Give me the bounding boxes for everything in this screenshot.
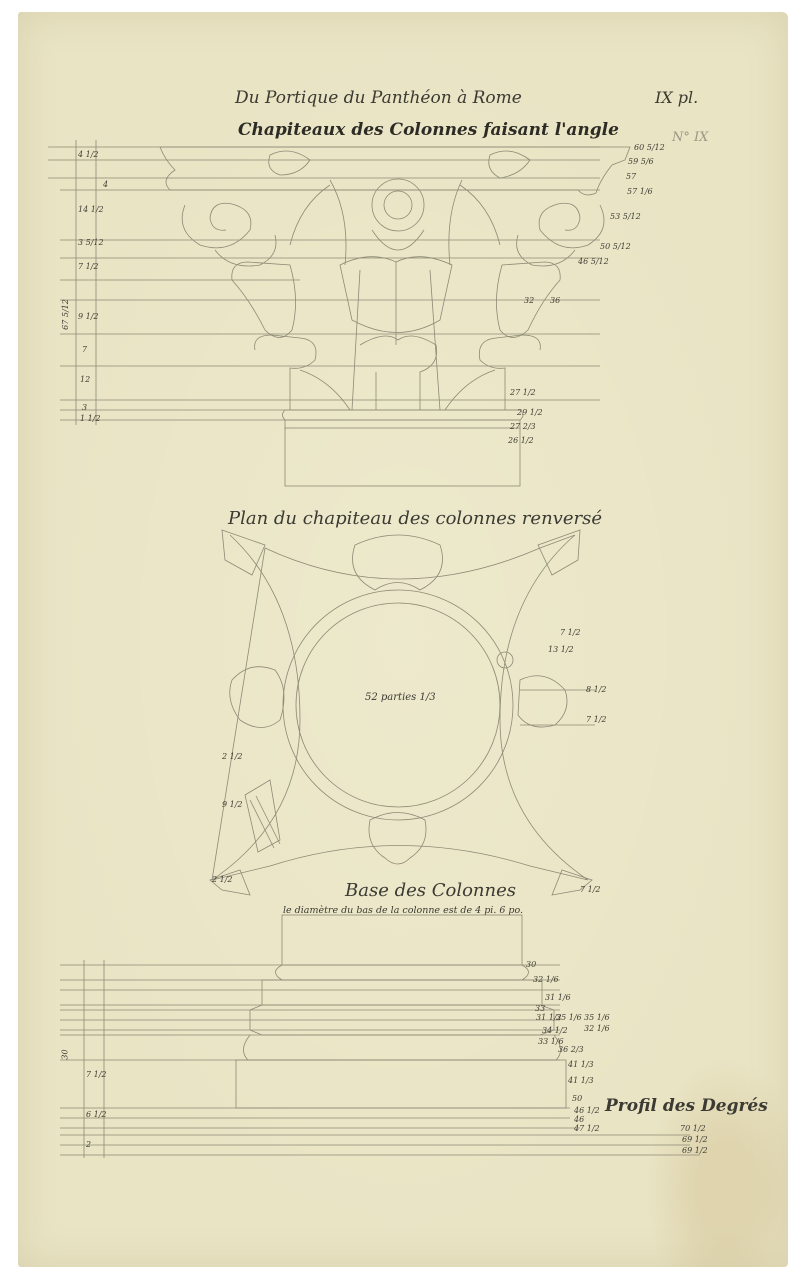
architectural-drawing [0, 0, 808, 1280]
dimension-label: 41 1/3 [568, 1060, 594, 1069]
dimension-label: 3 [82, 403, 87, 412]
dimension-label: 27 2/3 [510, 422, 536, 431]
sheet-heading: Du Portique du Panthéon à Rome [235, 88, 522, 108]
dimension-label: 13 1/2 [548, 645, 574, 654]
capital-title: Chapiteaux des Colonnes faisant l'angle [238, 120, 619, 140]
dimension-label: 32 1/6 [533, 975, 559, 984]
dimension-label: 34 1/2 [542, 1026, 568, 1035]
dimension-label: 30 [526, 960, 536, 969]
dimension-label: 4 1/2 [78, 150, 99, 159]
dimension-label: 57 [626, 172, 636, 181]
plan-title: Plan du chapiteau des colonnes renversé [228, 508, 602, 529]
plan-center-label: 52 parties 1/3 [365, 692, 436, 703]
dimension-label: 4 [103, 180, 108, 189]
dimension-label: 50 5/12 [600, 242, 631, 251]
dimension-label: 36 [550, 296, 560, 305]
dimension-label: 36 2/3 [558, 1045, 584, 1054]
dimension-label: 14 1/2 [78, 205, 104, 214]
dimension-label: 46 [574, 1115, 584, 1124]
dimension-label: 32 [524, 296, 534, 305]
dimension-label: 7 1/2 [580, 885, 601, 894]
dimension-label: 60 5/12 [634, 143, 665, 152]
dimension-label: 57 1/6 [627, 187, 653, 196]
dimension-label: 3 5/12 [78, 238, 104, 247]
dimension-label: 26 1/2 [508, 436, 534, 445]
dimension-label: 9 1/2 [222, 800, 243, 809]
dimension-label: 9 1/2 [78, 312, 99, 321]
dimension-label: 7 1/2 [78, 262, 99, 271]
dimension-label: 2 [86, 1140, 91, 1149]
plate-number: IX pl. [655, 88, 698, 107]
dimension-label: 69 1/2 [682, 1135, 708, 1144]
dimension-label: 27 1/2 [510, 388, 536, 397]
dimension-label: 7 1/2 [86, 1070, 107, 1079]
dimension-label: 32 1/6 [584, 1024, 610, 1033]
dimension-label: 50 [572, 1094, 582, 1103]
dimension-label: 2 1/2 [222, 752, 243, 761]
dimension-label: 41 1/3 [568, 1076, 594, 1085]
base-title: Base des Colonnes [345, 880, 516, 901]
dimension-label: 69 1/2 [682, 1146, 708, 1155]
dimension-label: 12 [80, 375, 90, 384]
dimension-label: 2 1/2 [212, 875, 233, 884]
dimension-label: 46 5/12 [578, 257, 609, 266]
dimension-label: 6 1/2 [86, 1110, 107, 1119]
dimension-label: 1 1/2 [80, 414, 101, 423]
dimension-label: 35 1/6 [556, 1013, 582, 1022]
dimension-label: 33 [535, 1004, 545, 1013]
dimension-label: 7 1/2 [560, 628, 581, 637]
total-height-label: 67 5/12 [61, 299, 70, 330]
dimension-label: 47 1/2 [574, 1124, 600, 1133]
dimension-label: 70 1/2 [680, 1124, 706, 1133]
dimension-label: 31 1/6 [545, 993, 571, 1002]
dimension-label: 59 5/6 [628, 157, 654, 166]
dimension-label: 53 5/12 [610, 212, 641, 221]
dimension-label: 29 1/2 [517, 408, 543, 417]
dimension-label: 46 1/2 [574, 1106, 600, 1115]
sheet-stamp: N° IX [672, 130, 708, 145]
dimension-label: 8 1/2 [586, 685, 607, 694]
steps-title: Profil des Degrés [605, 1096, 768, 1116]
dimension-label: 7 1/2 [586, 715, 607, 724]
dimension-label: 30 [61, 1049, 70, 1059]
dimension-label: 7 [82, 345, 87, 354]
dimension-label: 35 1/6 [584, 1013, 610, 1022]
base-note: le diamètre du bas de la colonne est de … [283, 905, 523, 916]
